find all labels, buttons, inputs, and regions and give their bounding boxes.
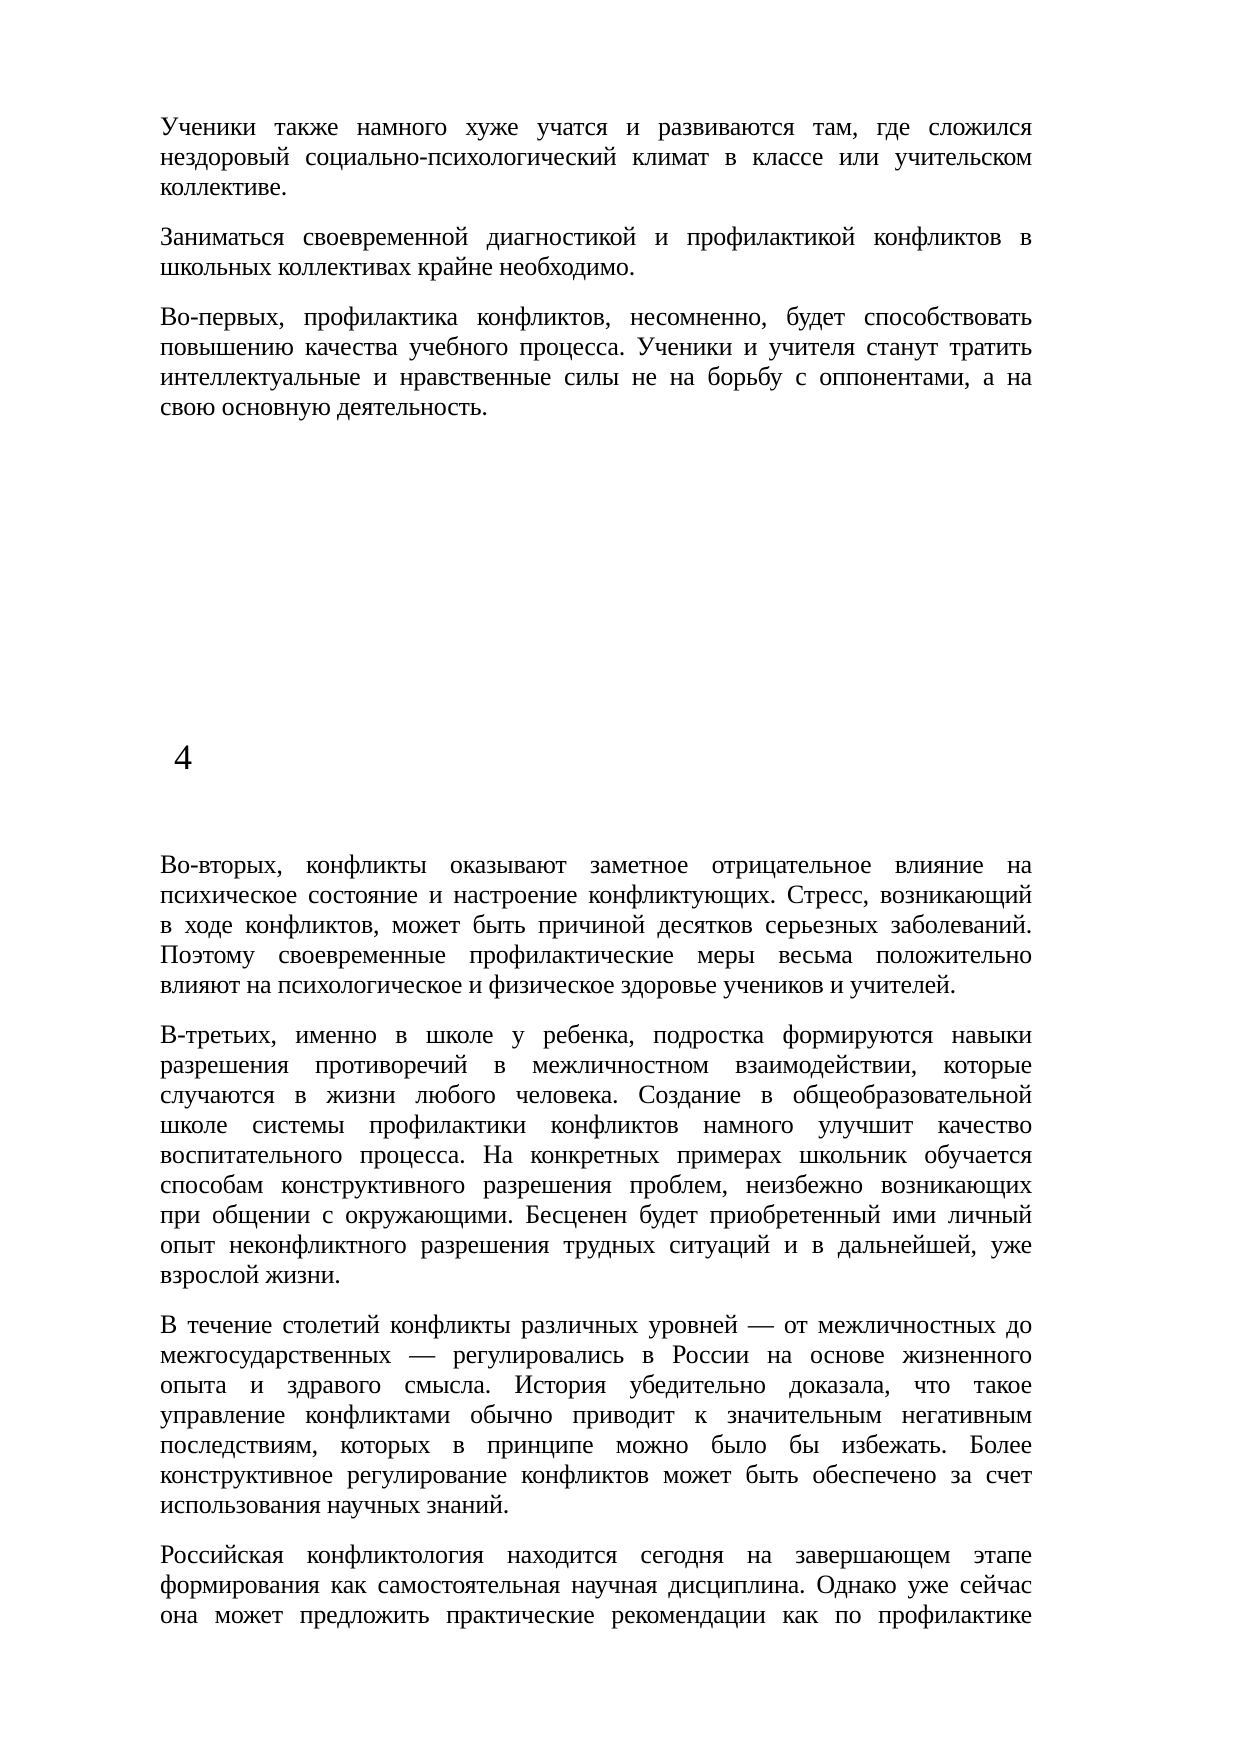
text-line: Во-первых, профилактика конфликтов, несо…: [160, 302, 1032, 332]
paragraph: Во-первых, профилактика конфликтов, несо…: [160, 302, 1032, 422]
text-line: школьных коллективах крайне необходимо.: [160, 252, 1032, 282]
text-line: свою основную деятельность.: [160, 392, 1032, 422]
text-line: психическое состояние и настроение конфл…: [160, 880, 1032, 910]
text-line: способам конструктивного разрешения проб…: [160, 1170, 1032, 1200]
text-line: разрешения противоречий в межличностном …: [160, 1050, 1032, 1080]
paragraph: Во-вторых, конфликты оказывают заметное …: [160, 850, 1032, 1000]
text-line: Поэтому своевременные профилактические м…: [160, 940, 1032, 970]
paragraph: Ученики также намного хуже учатся и разв…: [160, 112, 1032, 202]
text-line: последствиям, которых в принципе можно б…: [160, 1430, 1032, 1460]
text-line: использования научных знаний.: [160, 1490, 1032, 1520]
paragraph: Заниматься своевременной диагностикой и …: [160, 222, 1032, 282]
text-line: она может предложить практические рекоме…: [160, 1600, 1032, 1630]
text-line: управление конфликтами обычно приводит к…: [160, 1400, 1032, 1430]
document-page: Ученики также намного хуже учатся и разв…: [0, 0, 1240, 1754]
text-line: формирования как самостоятельная научная…: [160, 1570, 1032, 1600]
text-line: межгосударственных — регулировались в Ро…: [160, 1340, 1032, 1370]
text-line: Во-вторых, конфликты оказывают заметное …: [160, 850, 1032, 880]
paragraph: В течение столетий конфликты различных у…: [160, 1310, 1032, 1520]
text-line: повышению качества учебного процесса. Уч…: [160, 332, 1032, 362]
text-line: нездоровый социально-психологический кли…: [160, 142, 1032, 172]
paragraph: В-третьих, именно в школе у ребенка, под…: [160, 1020, 1032, 1290]
text-line: коллективе.: [160, 172, 1032, 202]
bottom-text-block: Во-вторых, конфликты оказывают заметное …: [160, 850, 1032, 1650]
top-text-block: Ученики также намного хуже учатся и разв…: [160, 112, 1032, 442]
text-line: в ходе конфликтов, может быть причиной д…: [160, 910, 1032, 940]
text-line: Ученики также намного хуже учатся и разв…: [160, 112, 1032, 142]
text-line: влияют на психологическое и физическое з…: [160, 970, 1032, 1000]
text-line: Заниматься своевременной диагностикой и …: [160, 222, 1032, 252]
paragraph: Российская конфликтология находится сего…: [160, 1540, 1032, 1630]
text-line: случаются в жизни любого человека. Созда…: [160, 1080, 1032, 1110]
text-line: опыт неконфликтного разрешения трудных с…: [160, 1230, 1032, 1260]
text-line: Российская конфликтология находится сего…: [160, 1540, 1032, 1570]
page-number: 4: [174, 739, 192, 775]
text-line: взрослой жизни.: [160, 1260, 1032, 1290]
text-line: В течение столетий конфликты различных у…: [160, 1310, 1032, 1340]
text-line: конструктивное регулирование конфликтов …: [160, 1460, 1032, 1490]
text-line: В-третьих, именно в школе у ребенка, под…: [160, 1020, 1032, 1050]
text-line: опыта и здравого смысла. История убедите…: [160, 1370, 1032, 1400]
text-line: при общении с окружающими. Бесценен буде…: [160, 1200, 1032, 1230]
text-line: воспитательного процесса. На конкретных …: [160, 1140, 1032, 1170]
text-line: интеллектуальные и нравственные силы не …: [160, 362, 1032, 392]
text-line: школе системы профилактики конфликтов на…: [160, 1110, 1032, 1140]
